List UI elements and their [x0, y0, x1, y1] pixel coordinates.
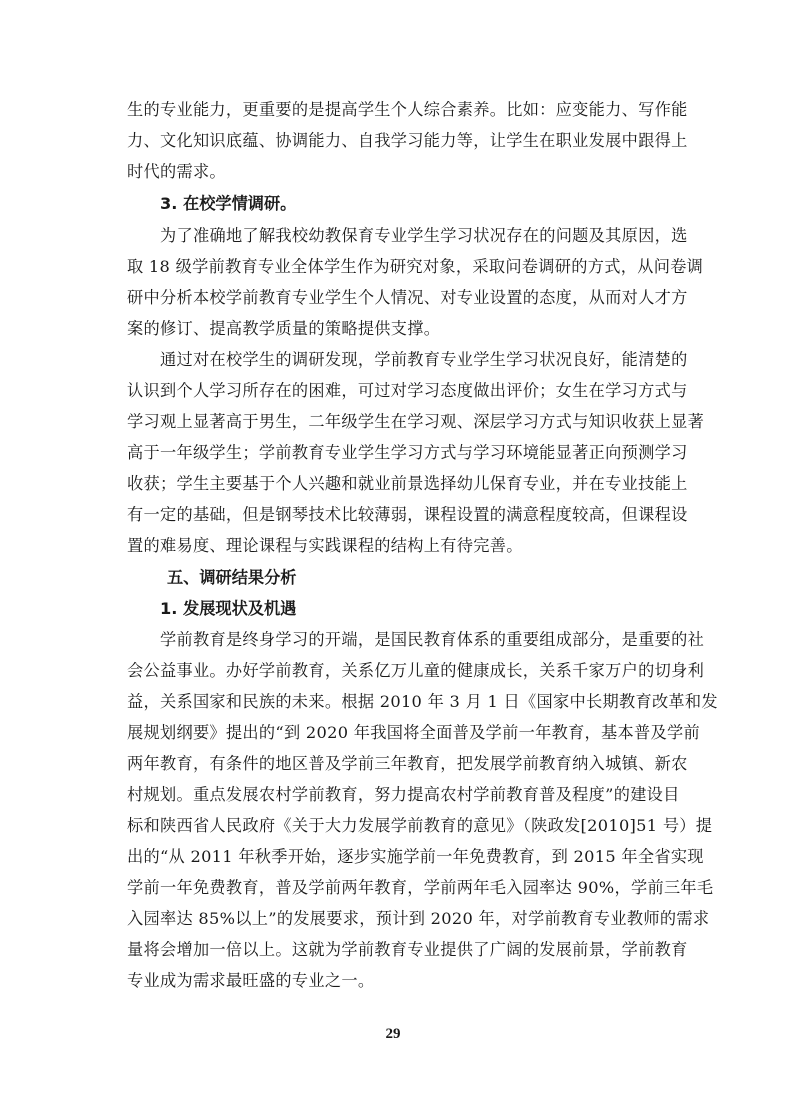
text-line: 益，关系国家和民族的未来。根据 2010 年 3 月 1 日《国家中长期教育改革…: [127, 692, 673, 712]
text-line: 认识到个人学习所存在的困难，可过对学习态度做出评价；女生在学习方式与: [127, 381, 673, 401]
text-line: 案的修订、提高教学质量的策略提供支撑。: [127, 319, 673, 339]
text-line: 有一定的基础，但是钢琴技术比较薄弱，课程设置的满意程度较高，但课程设: [127, 505, 673, 525]
text-line: 取 18 级学前教育专业全体学生作为研究对象，采取问卷调研的方式，从问卷调: [127, 257, 673, 277]
text-line: 时代的需求。: [127, 162, 673, 182]
text-line: 力、文化知识底蕴、协调能力、自我学习能力等，让学生在职业发展中跟得上: [127, 131, 673, 151]
text-line: 展规划纲要》提出的“到 2020 年我国将全面普及学前一年教育，基本普及学前: [127, 723, 673, 743]
section-heading-analysis: 五、调研结果分析: [167, 568, 297, 588]
text-line: 两年教育，有条件的地区普及学前三年教育，把发展学前教育纳入城镇、新农: [127, 754, 673, 774]
text-line: 置的难易度、理论课程与实践课程的结构上有待完善。: [127, 536, 673, 556]
text-line: 收获；学生主要基于个人兴趣和就业前景选择幼儿保育专业，并在专业技能上: [127, 474, 673, 494]
document-page: 生的专业能力，更重要的是提高学生个人综合素养。比如：应变能力、写作能 力、文化知…: [0, 0, 786, 1115]
text-line: 为了准确地了解我校幼教保育专业学生学习状况存在的问题及其原因，选: [160, 226, 673, 246]
text-line: 学前教育是终身学习的开端，是国民教育体系的重要组成部分，是重要的社: [160, 630, 673, 650]
text-line: 学前一年免费教育，普及学前两年教育，学前两年毛入园率达 90%，学前三年毛: [127, 878, 673, 898]
text-line: 高于一年级学生；学前教育专业学生学习方式与学习环境能显著正向预测学习: [127, 443, 673, 463]
text-line: 会公益事业。办好学前教育，关系亿万儿童的健康成长，关系千家万户的切身利: [127, 661, 673, 681]
text-line: 出的“从 2011 年秋季开始，逐步实施学前一年免费教育，到 2015 年全省实…: [127, 847, 673, 867]
text-line: 标和陕西省人民政府《关于大力发展学前教育的意见》（陕政发[2010]51 号）提: [127, 816, 673, 836]
text-line: 研中分析本校学前教育专业学生个人情况、对专业设置的态度，从而对人才方: [127, 288, 673, 308]
text-line: 生的专业能力，更重要的是提高学生个人综合素养。比如：应变能力、写作能: [127, 100, 673, 120]
page-number: 29: [0, 1026, 786, 1043]
text-line: 学习观上显著高于男生，二年级学生在学习观、深层学习方式与知识收获上显著: [127, 412, 673, 432]
text-line: 量将会增加一倍以上。这就为学前教育专业提供了广阔的发展前景，学前教育: [127, 940, 673, 960]
text-line: 村规划。重点发展农村学前教育，努力提高农村学前教育普及程度”的建设目: [127, 785, 673, 805]
text-line: 专业成为需求最旺盛的专业之一。: [127, 971, 673, 991]
text-line: 通过对在校学生的调研发现，学前教育专业学生学习状况良好，能清楚的: [160, 350, 673, 370]
subheading-status-opportunity: 1. 发展现状及机遇: [160, 599, 296, 619]
text-line: 入园率达 85%以上”的发展要求，预计到 2020 年，对学前教育专业教师的需求: [127, 909, 673, 929]
subheading-campus-survey: 3. 在校学情调研。: [160, 194, 296, 214]
